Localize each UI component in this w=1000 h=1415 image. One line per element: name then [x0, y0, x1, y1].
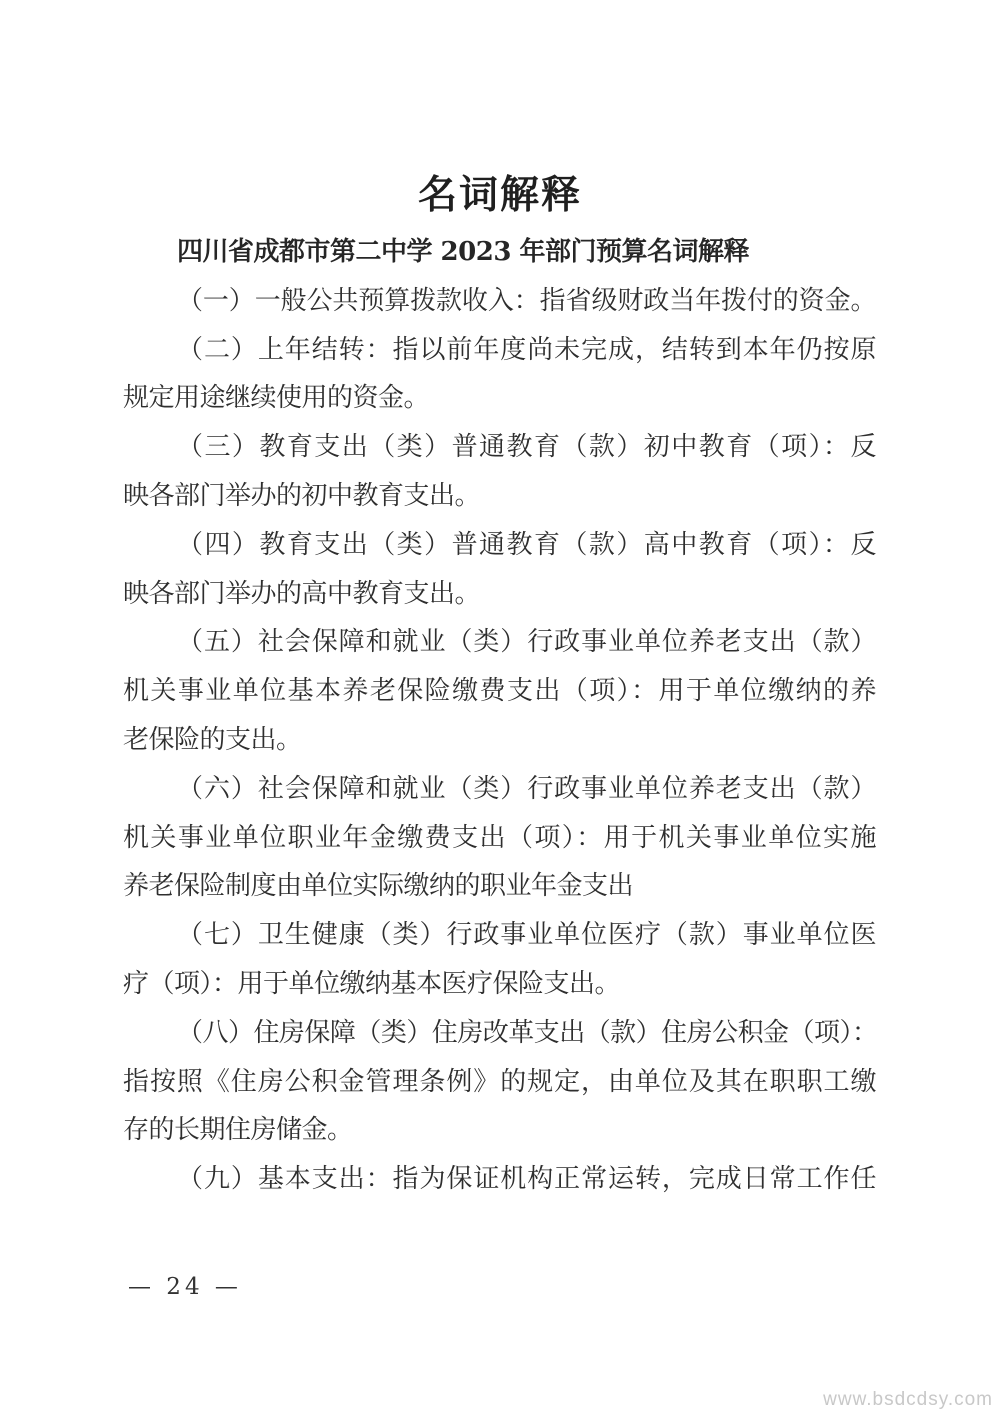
- document-line: 映各部门举办的高中教育支出。: [123, 570, 876, 619]
- document-line: 存的长期住房储金。: [123, 1106, 876, 1155]
- document-line: （一）一般公共预算拨款收入：指省级财政当年拨付的资金。: [123, 277, 876, 326]
- document-line: （六）社会保障和就业（类）行政事业单位养老支出（款）: [123, 765, 876, 814]
- document-line: （三）教育支出（类）普通教育（款）初中教育（项）：反: [123, 423, 876, 472]
- page-number: — 24 —: [128, 1274, 242, 1300]
- page-title: 名词解释: [0, 172, 1000, 218]
- document-page: 名词解释 四川省成都市第二中学 2023 年部门预算名词解释（一）一般公共预算拨…: [0, 0, 1000, 1415]
- document-line: 机关事业单位职业年金缴费支出（项）：用于机关事业单位实施: [123, 814, 876, 863]
- document-line: （四）教育支出（类）普通教育（款）高中教育（项）：反: [123, 521, 876, 570]
- text-block: 四川省成都市第二中学 2023 年部门预算名词解释（一）一般公共预算拨款收入：指…: [123, 228, 876, 1204]
- document-line: （七）卫生健康（类）行政事业单位医疗（款）事业单位医: [123, 911, 876, 960]
- document-line: （八）住房保障（类）住房改革支出（款）住房公积金（项）：: [123, 1009, 876, 1058]
- document-line: 规定用途继续使用的资金。: [123, 374, 876, 423]
- document-line: 养老保险制度由单位实际缴纳的职业年金支出: [123, 862, 876, 911]
- document-line: 机关事业单位基本养老保险缴费支出（项）：用于单位缴纳的养: [123, 667, 876, 716]
- document-line: 映各部门举办的初中教育支出。: [123, 472, 876, 521]
- document-line: （五）社会保障和就业（类）行政事业单位养老支出（款）: [123, 618, 876, 667]
- watermark: www.bsdcdsy.com: [823, 1389, 993, 1411]
- document-line: 疗（项）：用于单位缴纳基本医疗保险支出。: [123, 960, 876, 1009]
- document-line: 四川省成都市第二中学 2023 年部门预算名词解释: [123, 228, 876, 277]
- document-line: 指按照《住房公积金管理条例》的规定，由单位及其在职职工缴: [123, 1058, 876, 1107]
- document-line: （九）基本支出：指为保证机构正常运转，完成日常工作任: [123, 1155, 876, 1204]
- document-line: （二）上年结转：指以前年度尚未完成，结转到本年仍按原: [123, 326, 876, 375]
- document-line: 老保险的支出。: [123, 716, 876, 765]
